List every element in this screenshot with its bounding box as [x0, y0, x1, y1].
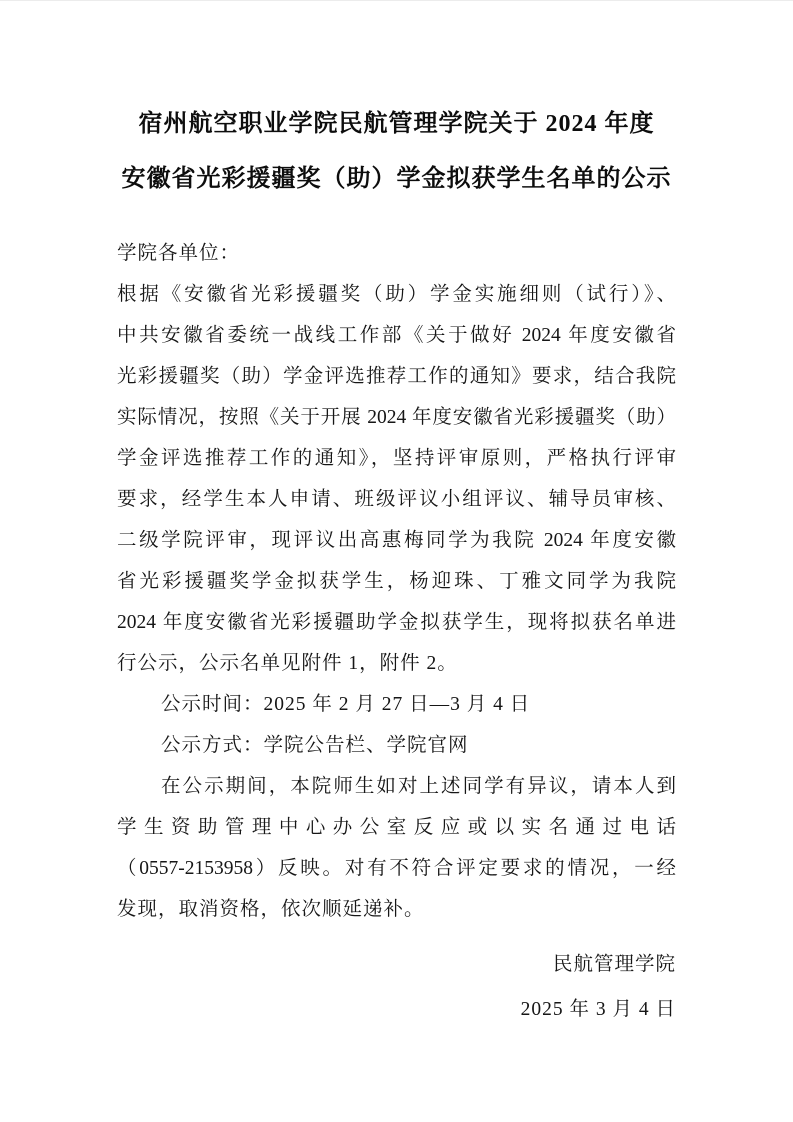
- body-line: 要求，经学生本人申请、班级评议小组评议、辅导员审核、: [117, 479, 676, 520]
- title-line-1: 宿州航空职业学院民航管理学院关于 2024 年度: [139, 111, 655, 137]
- body-line: 实际情况，按照《关于开展 2024 年度安徽省光彩援疆奖（助）: [117, 397, 676, 438]
- body-line: 省光彩援疆奖学金拟获学生，杨迎珠、丁雅文同学为我院: [117, 561, 676, 602]
- body-line: 发现，取消资格，依次顺延递补。: [117, 889, 676, 930]
- body-line: 行公示，公示名单见附件 1，附件 2。: [117, 643, 676, 684]
- document-page: 宿州航空职业学院民航管理学院关于 2024 年度 安徽省光彩援疆奖（助）学金拟获…: [0, 0, 793, 1122]
- body-line: 根据《安徽省光彩援疆奖（助）学金实施细则（试行）》、: [117, 274, 676, 315]
- title-line-2: 安徽省光彩援疆奖（助）学金拟获学生名单的公示: [122, 166, 672, 192]
- document-body: 学院各单位： 根据《安徽省光彩援疆奖（助）学金实施细则（试行）》、 中共安徽省委…: [117, 233, 676, 930]
- salutation-line: 学院各单位：: [117, 233, 676, 274]
- signature: 民航管理学院: [117, 944, 676, 985]
- body-line: 2024 年度安徽省光彩援疆助学金拟获学生，现将拟获名单进: [117, 602, 676, 643]
- body-line: （0557-2153958）反映。对有不符合评定要求的情况，一经: [117, 848, 676, 889]
- body-line: 中共安徽省委统一战线工作部《关于做好 2024 年度安徽省: [117, 315, 676, 356]
- document-date: 2025 年 3 月 4 日: [117, 989, 676, 1030]
- body-line: 在公示期间，本院师生如对上述同学有异议，请本人到: [117, 766, 676, 807]
- publicity-method-line: 公示方式：学院公告栏、学院官网: [117, 725, 676, 766]
- document-title: 宿州航空职业学院民航管理学院关于 2024 年度 安徽省光彩援疆奖（助）学金拟获…: [117, 97, 676, 207]
- publicity-time-line: 公示时间：2025 年 2 月 27 日—3 月 4 日: [117, 684, 676, 725]
- body-line: 学金评选推荐工作的通知》，坚持评审原则，严格执行评审: [117, 438, 676, 479]
- body-line: 二级学院评审，现评议出高惠梅同学为我院 2024 年度安徽: [117, 520, 676, 561]
- body-line: 学生资助管理中心办公室反应或以实名通过电话: [117, 807, 676, 848]
- body-line: 光彩援疆奖（助）学金评选推荐工作的通知》要求，结合我院: [117, 356, 676, 397]
